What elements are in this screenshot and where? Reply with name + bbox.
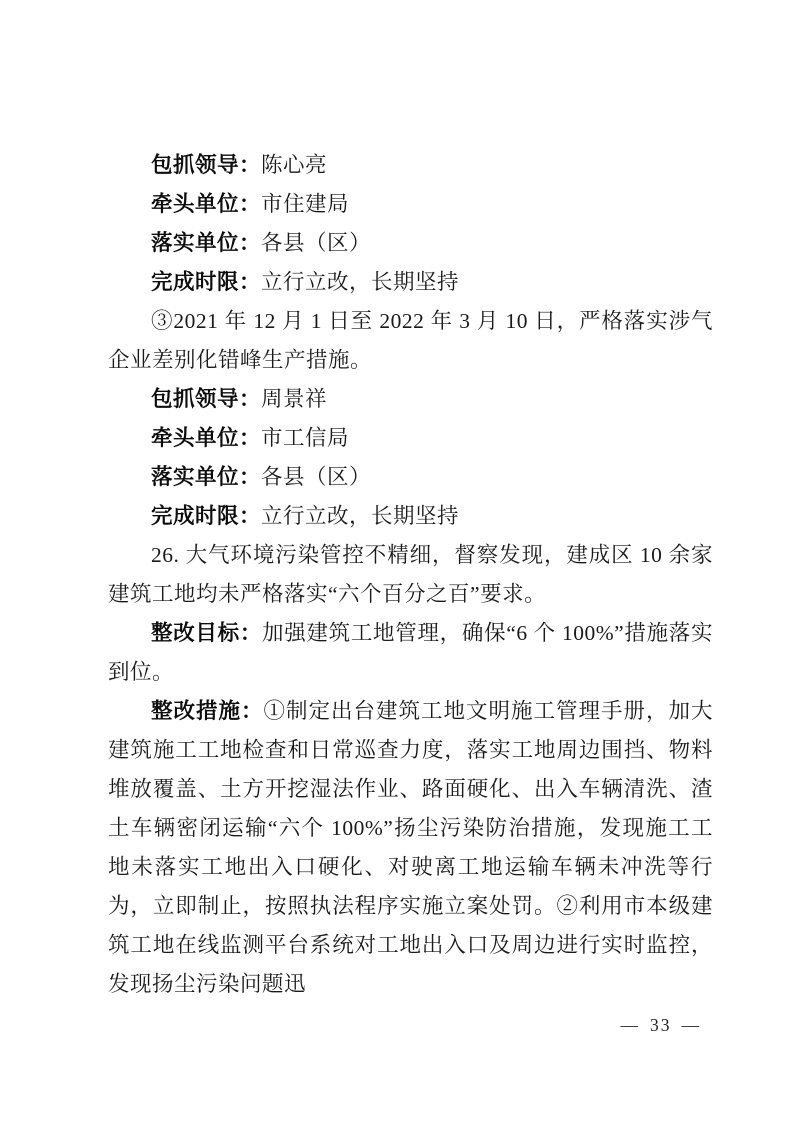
field-value: 立行立改，长期坚持: [261, 504, 459, 528]
field-row: 牵头单位：市住建局: [108, 185, 713, 224]
document-page: 包抓领导：陈心亮 牵头单位：市住建局 落实单位：各县（区） 完成时限：立行立改，…: [0, 0, 793, 1122]
field-row: 牵头单位：市工信局: [108, 419, 713, 458]
field-row: 落实单位：各县（区）: [108, 224, 713, 263]
field-label: 牵头单位：: [151, 426, 261, 450]
field-value: 各县（区）: [261, 231, 371, 255]
field-label: 牵头单位：: [151, 192, 261, 216]
footer-dash-left: —: [621, 1015, 641, 1035]
field-label: 包抓领导：: [151, 387, 261, 411]
field-label: 落实单位：: [151, 231, 261, 255]
field-label: 包抓领导：: [151, 153, 261, 177]
field-label: 落实单位：: [151, 465, 261, 489]
field-value: 市工信局: [261, 426, 349, 450]
rectification-measures-label: 整改措施：: [151, 699, 264, 723]
field-value: 市住建局: [261, 192, 349, 216]
document-body: 包抓领导：陈心亮 牵头单位：市住建局 落实单位：各县（区） 完成时限：立行立改，…: [108, 146, 713, 1004]
field-row: 包抓领导：陈心亮: [108, 146, 713, 185]
rectification-measures-text: ①制定出台建筑工地文明施工管理手册，加大建筑施工工地检查和日常巡查力度，落实工地…: [108, 699, 713, 996]
paragraph-problem-item-26: 26. 大气环境污染管控不精细，督察发现，建成区 10 余家建筑工地均未严格落实…: [108, 536, 713, 614]
field-label: 完成时限：: [151, 504, 261, 528]
field-row: 完成时限：立行立改，长期坚持: [108, 497, 713, 536]
field-row: 包抓领导：周景祥: [108, 380, 713, 419]
rectification-target-label: 整改目标：: [151, 621, 262, 645]
field-row: 完成时限：立行立改，长期坚持: [108, 263, 713, 302]
field-value: 立行立改，长期坚持: [261, 270, 459, 294]
field-label: 完成时限：: [151, 270, 261, 294]
page-footer: —33—: [621, 1012, 702, 1038]
paragraph-measure-item-3: ③2021 年 12 月 1 日至 2022 年 3 月 10 日，严格落实涉气…: [108, 302, 713, 380]
paragraph-rectification-target: 整改目标：加强建筑工地管理，确保“6 个 100%”措施落实到位。: [108, 614, 713, 692]
page-number: 33: [640, 1015, 682, 1035]
field-value: 陈心亮: [261, 153, 327, 177]
field-value: 周景祥: [261, 387, 327, 411]
paragraph-rectification-measures: 整改措施：①制定出台建筑工地文明施工管理手册，加大建筑施工工地检查和日常巡查力度…: [108, 692, 713, 1004]
footer-dash-right: —: [682, 1015, 702, 1035]
field-value: 各县（区）: [261, 465, 371, 489]
field-row: 落实单位：各县（区）: [108, 458, 713, 497]
